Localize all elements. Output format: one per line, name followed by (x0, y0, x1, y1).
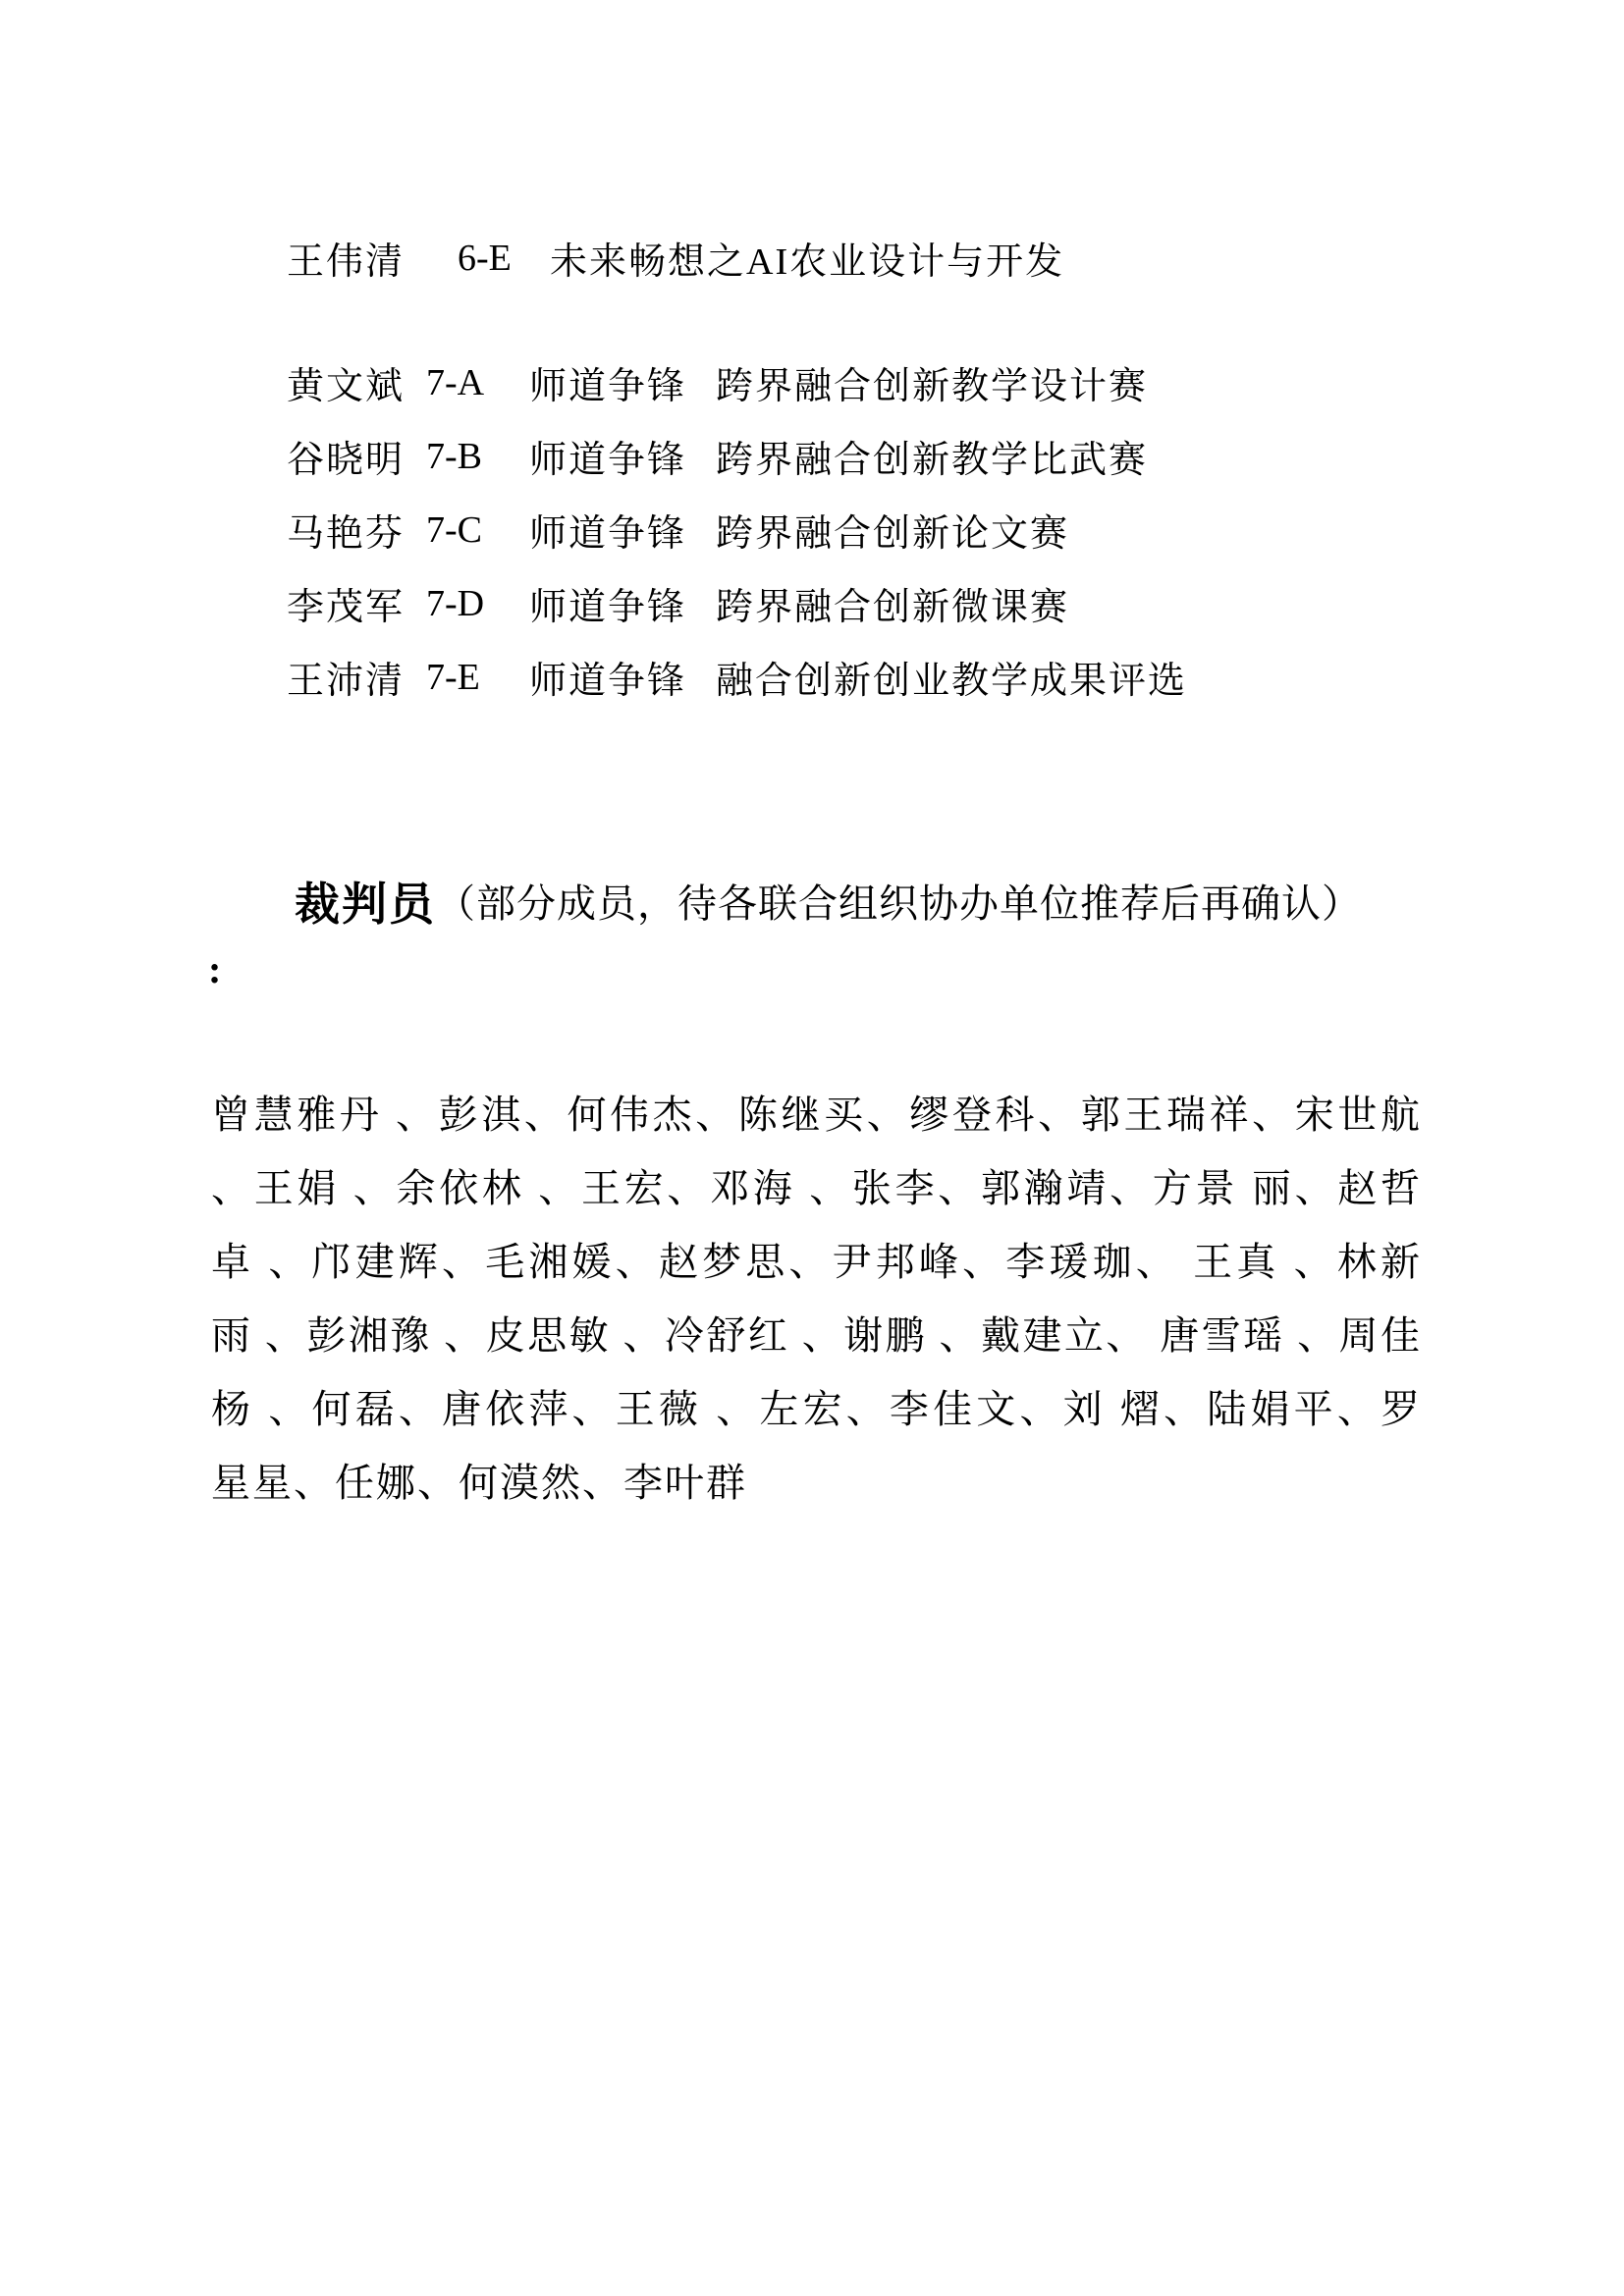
judges-names-line: 曾慧雅丹 、彭淇、何伟杰、陈继买、缪登科、郭王瑞祥、宋世航 (211, 1078, 1421, 1151)
entry-row: 黄文斌 7-A 师道争锋 跨界融合创新教学设计赛 (287, 346, 1187, 419)
entry-row: 谷晓明 7-B 师道争锋 跨界融合创新教学比武赛 (287, 419, 1187, 493)
judges-title-note: （部分成员，待各联合组织协办单位推荐后再确认） (436, 873, 1362, 929)
entry-name: 李茂军 (287, 576, 426, 630)
entry-row: 王沛清 7-E 师道争锋 融合创新创业教学成果评选 (287, 640, 1187, 714)
document-page: 王伟清 6-E 未来畅想之AI农业设计与开发 黄文斌 7-A 师道争锋 跨界融合… (0, 0, 1624, 2296)
entry-code: 7-E (426, 656, 529, 699)
entry-competition: 跨界融合创新论文赛 (716, 503, 1069, 557)
top-entry-code: 6-E (458, 237, 550, 280)
entry-code: 7-D (426, 582, 529, 625)
judges-names-line: 、王娟 、余依林 、王宏、邓海 、张李、郭瀚靖、方景 丽、赵哲 (211, 1151, 1421, 1225)
entry-code: 7-C (426, 508, 529, 552)
judges-names-line: 星星、任娜、何漠然、李叶群 (211, 1446, 1421, 1520)
entry-name: 黄文斌 (287, 355, 426, 409)
entry-competition: 融合创新创业教学成果评选 (716, 650, 1187, 704)
judges-title: 裁判员 (295, 869, 436, 934)
entry-name: 谷晓明 (287, 429, 426, 483)
entry-competition: 跨界融合创新教学比武赛 (716, 429, 1148, 483)
entry-name: 马艳芬 (287, 503, 426, 557)
judges-heading: 裁判员（部分成员，待各联合组织协办单位推荐后再确认） (295, 864, 1362, 937)
entry-code: 7-A (426, 361, 529, 404)
entry-group: 师道争锋 (529, 576, 716, 630)
entry-row: 李茂军 7-D 师道争锋 跨界融合创新微课赛 (287, 566, 1187, 640)
entry-group: 师道争锋 (529, 355, 716, 409)
entry-group: 师道争锋 (529, 429, 716, 483)
entry-competition: 跨界融合创新微课赛 (716, 576, 1069, 630)
top-entry-row: 王伟清 6-E 未来畅想之AI农业设计与开发 (287, 221, 1064, 294)
judges-names-line: 杨 、何磊、唐依萍、王薇 、左宏、李佳文、刘 熠、陆娟平、罗 (211, 1372, 1421, 1446)
judges-names-line: 雨 、彭湘豫 、皮思敏 、冷舒红 、谢鹏 、戴建立、 唐雪瑶 、周佳 (211, 1299, 1421, 1372)
entry-name: 王沛清 (287, 650, 426, 704)
entry-group: 师道争锋 (529, 503, 716, 557)
judges-colon: : (208, 933, 221, 1006)
entry-group: 师道争锋 (529, 650, 716, 704)
entry-row: 马艳芬 7-C 师道争锋 跨界融合创新论文赛 (287, 493, 1187, 566)
entry-code: 7-B (426, 435, 529, 478)
entry-competition: 跨界融合创新教学设计赛 (716, 355, 1148, 409)
judges-names-paragraph: 曾慧雅丹 、彭淇、何伟杰、陈继买、缪登科、郭王瑞祥、宋世航 、王娟 、余依林 、… (211, 1078, 1421, 1520)
top-entry-competition: 未来畅想之AI农业设计与开发 (550, 231, 1064, 285)
top-entry-name: 王伟清 (287, 231, 458, 285)
judges-names-line: 卓 、邝建辉、毛湘媛、赵梦思、尹邦峰、李瑗珈、 王真 、林新 (211, 1225, 1421, 1299)
entries-list: 黄文斌 7-A 师道争锋 跨界融合创新教学设计赛 谷晓明 7-B 师道争锋 跨界… (287, 346, 1187, 714)
